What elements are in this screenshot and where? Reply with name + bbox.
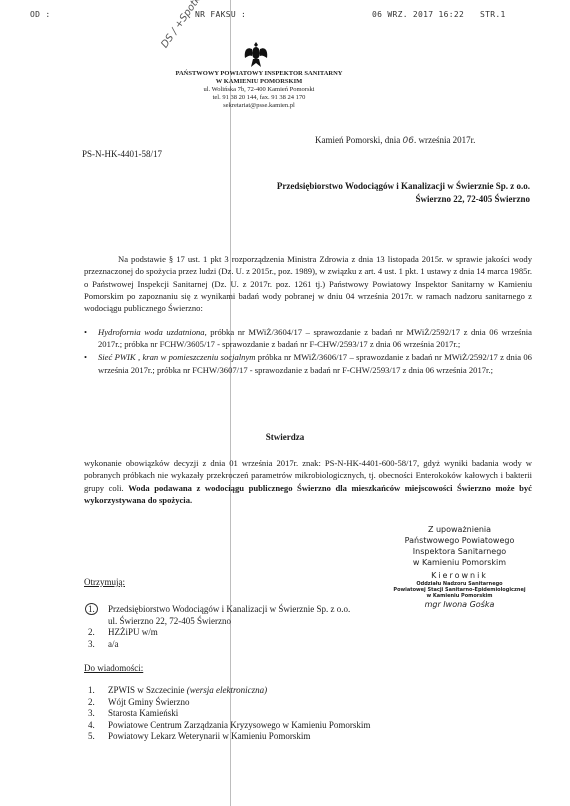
list-item: 1.Przedsiębiorstwo Wodociągów i Kanaliza… bbox=[88, 604, 350, 627]
list-item: 2.HZŻiPU w/m bbox=[88, 627, 350, 639]
list-item: Sieć PWIK , kran w pomieszczeniu socjaln… bbox=[84, 351, 532, 375]
cc-list: 1.ZPWIS w Szczecinie (wersja elektronicz… bbox=[88, 685, 370, 743]
handwritten-day: 06 bbox=[403, 136, 414, 146]
list-item: 4.Powiatowe Centrum Zarządzania Kryzysow… bbox=[88, 720, 370, 732]
letterhead-email: sekretariat@psse.kamien.pl bbox=[170, 102, 348, 110]
recipients-list: 1.Przedsiębiorstwo Wodociągów i Kanaliza… bbox=[88, 604, 350, 650]
signatory-title: Kierownik bbox=[372, 570, 547, 581]
list-item: 2.Wójt Gminy Świerzno bbox=[88, 697, 370, 709]
fax-datetime: 06 WRZ. 2017 16:22 bbox=[372, 10, 464, 19]
finding-paragraph: wykonanie obowiązków decyzji z dnia 01 w… bbox=[84, 457, 532, 506]
intro-paragraph: Na podstawie § 17 ust. 1 pkt 3 rozporząd… bbox=[84, 253, 532, 314]
signature-block: Z upoważnienia Państwowego Powiatowego I… bbox=[372, 524, 547, 610]
list-item: 3.a/a bbox=[88, 639, 350, 651]
recipients-title: Otrzymują: bbox=[84, 577, 125, 587]
letterhead-line2: W KAMIENIU POMORSKIM bbox=[170, 78, 348, 86]
recipient-address: Przedsiębiorstwo Wodociągów i Kanalizacj… bbox=[277, 180, 530, 206]
letterhead-phone: tel. 91 38 20 144, fax. 91 38 24 170 bbox=[170, 94, 348, 102]
fax-number-label: NR FAKSU : bbox=[195, 10, 246, 19]
finding-heading: Stwierdza bbox=[0, 432, 570, 442]
signatory-name: mgr Iwona Gośka bbox=[372, 599, 547, 610]
letterhead-line1: PAŃSTWOWY POWIATOWY INSPEKTOR SANITARNY bbox=[170, 70, 348, 78]
cc-title: Do wiadomości: bbox=[84, 663, 143, 673]
list-item: 3.Starosta Kamieński bbox=[88, 708, 370, 720]
polish-eagle-emblem-icon bbox=[243, 40, 269, 70]
list-item: Hydrofornia woda uzdatniona, próbka nr M… bbox=[84, 326, 532, 350]
letterhead-address: ul. Wolińska 7b, 72-400 Kamień Pomorski bbox=[170, 86, 348, 94]
fax-page-number: STR.1 bbox=[480, 10, 506, 19]
letterhead: PAŃSTWOWY POWIATOWY INSPEKTOR SANITARNY … bbox=[170, 70, 348, 110]
samples-list: Hydrofornia woda uzdatniona, próbka nr M… bbox=[84, 326, 532, 377]
reference-number: PS-N-HK-4401-58/17 bbox=[82, 149, 162, 159]
list-item: 5.Powiatowy Lekarz Weterynarii w Kamieni… bbox=[88, 731, 370, 743]
fax-from-label: OD : bbox=[30, 10, 50, 19]
place-date: Kamień Pomorski, dnia 06. września 2017r… bbox=[315, 135, 475, 146]
handwritten-note: DS / +Spotko bbox=[160, 0, 207, 50]
list-item: 1.ZPWIS w Szczecinie (wersja elektronicz… bbox=[88, 685, 370, 697]
